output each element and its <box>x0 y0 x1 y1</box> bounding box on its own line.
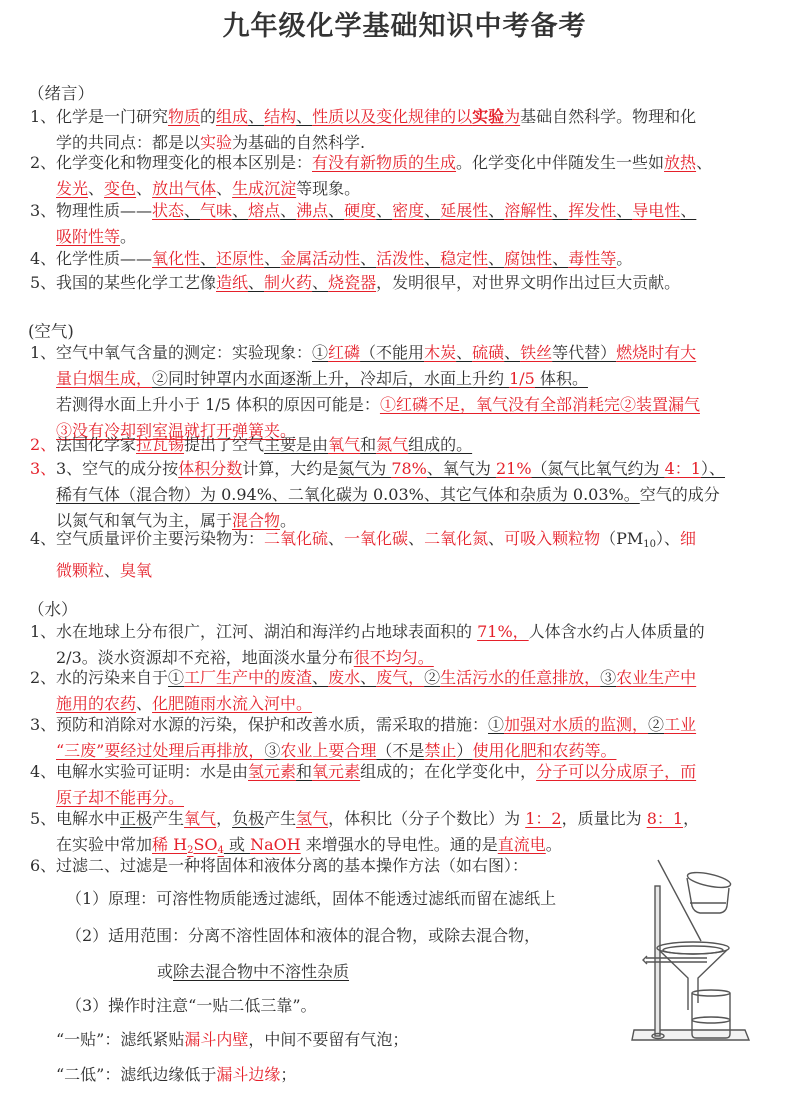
highlight: 生成沉淀 <box>232 179 296 198</box>
highlight: 加强对水质的监测， <box>504 715 648 734</box>
air-item-4: 4、空气质量评价主要污染物为：二氧化硫、一氧化碳、二氧化氮、可吸入颗粒物（PM1… <box>30 526 782 584</box>
intro-item-1: 1、化学是一门研究物质的组成、结构、性质以及变化规律的以实验为基础自然科学。物理… <box>30 104 782 156</box>
text: ） <box>456 741 472 760</box>
item-number: 3、 <box>30 198 56 224</box>
text: 和 <box>296 762 312 781</box>
text: ③ <box>264 741 280 760</box>
text: ② <box>424 668 440 687</box>
highlight: NaOH <box>250 835 301 854</box>
text: ① <box>488 715 504 734</box>
highlight: 氧气 <box>328 435 360 454</box>
separator: 、 <box>616 201 632 220</box>
text: 空气质量评价主要污染物为： <box>56 529 264 548</box>
highlight: 发光 <box>56 179 88 198</box>
highlight: 结构 <box>264 107 296 126</box>
text: 稀有气体（混合物）为 0.94%、二氧化碳为 0.03%、其它气体和杂质为 0.… <box>56 485 640 504</box>
separator: 、 <box>360 249 376 268</box>
highlight: 4：1 <box>665 459 701 478</box>
separator: 、 <box>232 201 248 220</box>
intro-item-2: 2、化学变化和物理变化的根本区别是：有没有新物质的生成。化学变化中伴随发生一些如… <box>30 150 782 202</box>
highlight: 木炭 <box>424 343 456 362</box>
text: 物理性质—— <box>56 201 152 220</box>
highlight: 漏斗内壁 <box>184 1030 248 1049</box>
text: 体积。 <box>535 369 588 388</box>
text: 或 <box>157 962 173 981</box>
separator: 、 <box>264 249 280 268</box>
text: 、 <box>360 668 376 687</box>
highlight: 微颗粒 <box>56 561 104 580</box>
property-term: 气味 <box>200 201 232 220</box>
highlight: 氢元素 <box>248 762 296 781</box>
text: （氮气比氧气约为 <box>532 459 665 478</box>
highlight: 二氧化硫 <box>264 529 328 548</box>
text: 主要是由 <box>264 435 328 454</box>
highlight: 性质以及变化规律的以 <box>312 107 472 126</box>
text: 法国化学家 <box>56 435 136 454</box>
text: 3、空气的成分按 <box>56 459 178 478</box>
highlight: 有没有新物质的生成 <box>312 153 456 172</box>
text: 计算，大约是 <box>242 459 338 478</box>
text: ）、 <box>656 529 680 548</box>
intro-item-4: 4、化学性质——氧化性、还原性、金属活动性、活泼性、稳定性、腐蚀性、毒性等。 <box>30 246 782 272</box>
text: 空气的成分 <box>640 485 720 504</box>
highlight: 烧瓷器 <box>328 273 376 292</box>
text: 电解水实验可证明：水是由 <box>56 762 248 781</box>
highlight: 放出气体 <box>152 179 216 198</box>
text: 、 <box>136 694 152 713</box>
text: ， <box>216 809 232 828</box>
highlight: “三废”要经过处理后再排放， <box>56 741 264 760</box>
highlight: 氢气 <box>296 809 328 828</box>
text: 产生 <box>264 809 296 828</box>
highlight: 71%， <box>477 622 529 641</box>
highlight: 21% <box>496 459 532 478</box>
text: 空气中氧气含量的测定：实验现象： <box>56 343 312 362</box>
highlight: 红磷 <box>328 343 360 362</box>
separator: 、 <box>552 201 568 220</box>
text: 氮气为 <box>338 459 391 478</box>
item-number: 1、 <box>30 104 56 130</box>
text: 。化学变化中伴随发生一些如 <box>456 153 664 172</box>
text: ，中间不要留有气泡； <box>248 1030 408 1049</box>
text: ① <box>168 668 184 687</box>
item-number: 4、 <box>30 759 56 785</box>
filtration-principle: （1）原理：可溶性物质能透过滤纸，固体不能透过滤纸而留在滤纸上 <box>66 886 626 912</box>
text: 、 <box>296 107 312 126</box>
text: ，质量比为 <box>562 809 647 828</box>
intro-item-5: 5、我国的某些化学工艺像造纸、制火药、烧瓷器，发明很早，对世界文明作出过巨大贡献… <box>30 270 782 296</box>
item-number: 4、 <box>30 526 56 552</box>
text: 来增强水的导电性。通的是 <box>301 835 498 854</box>
highlight: 组成 <box>216 107 248 126</box>
text: 提出了空气 <box>184 435 264 454</box>
air-item-3: 3、3、空气的成分按体积分数计算，大约是氮气为 78%、氧气为 21%（氮气比氧… <box>30 456 782 534</box>
item-number: 2、 <box>30 432 56 458</box>
text: 过滤二、过滤是一种将固体和液体分离的基本操作方法（如右图）： <box>56 856 528 875</box>
text: 负极 <box>232 809 264 828</box>
highlight: 工业 <box>664 715 696 734</box>
text: 、 <box>88 179 104 198</box>
highlight: 量白烟生成， <box>56 369 152 388</box>
property-term: 硬度 <box>344 201 376 220</box>
highlight: 硫磺 <box>472 343 504 362</box>
text: 、 <box>488 529 504 548</box>
highlight: 拉瓦锡 <box>136 435 184 454</box>
text: ②同时钟罩内水面逐渐上升，冷却后，水面上升约 <box>152 369 509 388</box>
text: “一贴”：滤纸紧贴 <box>56 1030 184 1049</box>
text: 和 <box>360 435 376 454</box>
property-term: 金属活动性 <box>280 249 360 268</box>
air-item-1: 1、空气中氧气含量的测定：实验现象：①红磷（不能用木炭、硫磺、铁丝等代替）燃烧时… <box>30 340 782 444</box>
subscript: 10 <box>643 539 656 550</box>
text: 、氧气为 <box>427 459 496 478</box>
highlight: 禁止 <box>424 741 456 760</box>
text: ， <box>683 809 699 828</box>
highlight: 废气， <box>376 668 424 687</box>
highlight: 细 <box>680 529 696 548</box>
separator: 、 <box>184 201 200 220</box>
water-item-3: 3、预防和消除对水源的污染，保护和改善水质，需采取的措施：①加强对水质的监测，②… <box>30 712 782 764</box>
item-number: 3、 <box>30 712 56 738</box>
item-number: 5、 <box>30 806 56 832</box>
highlight: 稀 H <box>152 835 187 854</box>
separator: 、 <box>552 249 568 268</box>
text: 或 <box>224 835 250 854</box>
text: （PM <box>600 529 643 548</box>
highlight: 分子可以分成原子，而 <box>536 762 696 781</box>
filtration-apparatus-diagram <box>612 858 772 1068</box>
highlight: 化肥随雨水流入河中。 <box>152 694 312 713</box>
highlight: 8：1 <box>647 809 683 828</box>
item-number: 4、 <box>30 246 56 272</box>
property-term: 活泼性 <box>376 249 424 268</box>
highlight: 使用化肥和农药等。 <box>472 741 616 760</box>
text: ，发明很早，对世界文明作出过巨大贡献。 <box>376 273 680 292</box>
text: ，体积比（分子个数比）为 <box>328 809 525 828</box>
text: 、 <box>248 107 264 126</box>
item-number: 6、 <box>30 853 56 879</box>
highlight: 燃烧时有大 <box>616 343 696 362</box>
text: 、 <box>216 179 232 198</box>
text: 、 <box>456 343 472 362</box>
text: “二低”：滤纸边缘低于 <box>56 1065 216 1084</box>
text: 在实验中常加 <box>56 835 152 854</box>
highlight: ①红磷不足，氧气没有全部消耗完②装置漏气 <box>380 395 700 414</box>
highlight: 臭氧 <box>120 561 152 580</box>
water-item-1: 1、水在地球上分布很广，江河、湖泊和海洋约占地球表面积的 71%，人体含水约占人… <box>30 619 782 671</box>
text: 的 <box>200 107 216 126</box>
text: 若测得水面上升小于 1/5 体积的原因可能是： <box>56 395 380 414</box>
air-item-2: 2、法国化学家拉瓦锡提出了空气主要是由氧气和氮气组成的。 <box>30 432 782 458</box>
text: 、 <box>104 561 120 580</box>
item-number: 2、 <box>30 150 56 176</box>
separator: 、 <box>328 201 344 220</box>
separator: 、 <box>280 201 296 220</box>
highlight: 生活污水的任意排放， <box>440 668 600 687</box>
text: 。 <box>120 227 136 246</box>
filtration-scope: （2）适用范围：分离不溶性固体和液体的混合物，或除去混合物， <box>66 923 626 949</box>
text: 等现象。 <box>296 179 360 198</box>
text: ）、 <box>701 459 725 478</box>
filtration-one-stick: “一贴”：滤纸紧贴漏斗内壁，中间不要留有气泡； <box>56 1027 616 1053</box>
separator: 、 <box>424 201 440 220</box>
highlight: 造纸 <box>216 273 248 292</box>
property-term: 沸点 <box>296 201 328 220</box>
highlight: 变色 <box>104 179 136 198</box>
intro-item-3: 3、物理性质——状态、气味、熔点、沸点、硬度、密度、延展性、溶解性、挥发性、导电… <box>30 198 782 250</box>
text: 电解水中 <box>56 809 120 828</box>
item-number: 2、 <box>30 665 56 691</box>
water-item-4: 4、电解水实验可证明：水是由氢元素和氧元素组成的；在化学变化中，分子可以分成原子… <box>30 759 782 811</box>
section-heading-intro: （绪言） <box>28 80 94 104</box>
text: 、 <box>312 273 328 292</box>
filtration-scope-cont: 或除去混合物中不溶性杂质 <box>157 959 617 985</box>
item-number: 1、 <box>30 619 56 645</box>
highlight: 原子却不能再分。 <box>56 788 184 807</box>
text: 基础自然科学。物理和化 <box>520 107 696 126</box>
text: 、 <box>504 343 520 362</box>
separator: 、 <box>376 201 392 220</box>
property-term: 状态 <box>152 201 184 220</box>
highlight: 农业上要合理 <box>280 741 376 760</box>
text: ① <box>312 343 328 362</box>
text: 。 <box>616 249 632 268</box>
highlight: 吸附性等 <box>56 227 120 246</box>
highlight: 为 <box>504 107 520 126</box>
highlight: 一氧化碳 <box>344 529 408 548</box>
text: 正极 <box>120 809 152 828</box>
highlight: 可吸入颗粒物 <box>504 529 600 548</box>
highlight: 氧气 <box>184 809 216 828</box>
text: 、 <box>408 529 424 548</box>
filtration-notes: （3）操作时注意“一贴二低三靠”。 <box>66 993 626 1019</box>
property-term: 挥发性 <box>568 201 616 220</box>
text: 等代替） <box>552 343 616 362</box>
highlight: 直流电 <box>498 835 546 854</box>
highlight: 1/5 <box>509 369 535 388</box>
text: 产生 <box>152 809 184 828</box>
highlight: 物质 <box>168 107 200 126</box>
section-heading-water: （水） <box>28 596 78 620</box>
property-term: 延展性 <box>440 201 488 220</box>
filtration-two-low: “二低”：滤纸边缘低于漏斗边缘； <box>56 1062 616 1088</box>
text: 组成的。 <box>408 435 472 454</box>
text: 组成的；在化学变化中， <box>360 762 536 781</box>
property-term: 熔点 <box>248 201 280 220</box>
highlight: 氧元素 <box>312 762 360 781</box>
highlight: 78% <box>391 459 427 478</box>
item-number: 1、 <box>30 340 56 366</box>
separator: 、 <box>488 201 504 220</box>
text: ② <box>648 715 664 734</box>
separator: 、 <box>680 201 696 220</box>
item-number: 5、 <box>30 270 56 296</box>
property-term: 导电性 <box>632 201 680 220</box>
property-term: 氧化性 <box>152 249 200 268</box>
text: 、 <box>248 273 264 292</box>
separator: 、 <box>200 249 216 268</box>
text: ③ <box>600 668 616 687</box>
separator: 、 <box>424 249 440 268</box>
text: （不是 <box>376 741 424 760</box>
text: 、 <box>136 179 152 198</box>
highlight: 体积分数 <box>178 459 242 478</box>
property-term: 溶解性 <box>504 201 552 220</box>
physical-properties-list: 状态、气味、熔点、沸点、硬度、密度、延展性、溶解性、挥发性、导电性、 <box>152 201 696 220</box>
text: 、 <box>328 529 344 548</box>
text: 我国的某些化学工艺像 <box>56 273 216 292</box>
text: 化学是一门研究 <box>56 107 168 126</box>
text: 除去混合物中不溶性杂质 <box>173 962 349 981</box>
page-title: 九年级化学基础知识中考备考 <box>0 4 809 43</box>
highlight: SO <box>193 835 217 854</box>
text: 水在地球上分布很广，江河、湖泊和海洋约占地球表面积的 <box>56 622 477 641</box>
highlight: 漏斗边缘 <box>216 1065 280 1084</box>
section-heading-air: (空气) <box>28 318 74 342</box>
text: 预防和消除对水源的污染，保护和改善水质，需采取的措施： <box>56 715 488 734</box>
property-term: 稳定性 <box>440 249 488 268</box>
property-term: 密度 <box>392 201 424 220</box>
chemical-properties-list: 氧化性、还原性、金属活动性、活泼性、稳定性、腐蚀性、毒性等 <box>152 249 616 268</box>
highlight: 制火药 <box>264 273 312 292</box>
highlight: 铁丝 <box>520 343 552 362</box>
text: 人体含水约占人体质量的 <box>529 622 705 641</box>
property-term: 腐蚀性 <box>504 249 552 268</box>
highlight: 二氧化氮 <box>424 529 488 548</box>
text: 化学变化和物理变化的根本区别是： <box>56 153 312 172</box>
property-term: 还原性 <box>216 249 264 268</box>
highlight: 农业生产中 <box>616 668 696 687</box>
text: ； <box>280 1065 296 1084</box>
text: 、 <box>312 668 328 687</box>
property-term: 毒性等 <box>568 249 616 268</box>
text: 、 <box>696 153 712 172</box>
separator: 、 <box>488 249 504 268</box>
text: 化学性质—— <box>56 249 152 268</box>
highlight: 施用的农药 <box>56 694 136 713</box>
water-item-2: 2、水的污染来自于①工厂生产中的废渣、废水、废气，②生活污水的任意排放，③农业生… <box>30 665 782 717</box>
item-number: 3、 <box>30 456 56 482</box>
text: （不能用 <box>360 343 424 362</box>
text: 。 <box>546 835 562 854</box>
highlight: 实验 <box>472 107 504 126</box>
highlight: 放热 <box>664 153 696 172</box>
highlight: 工厂生产中的废渣 <box>184 668 312 687</box>
highlight: 废水 <box>328 668 360 687</box>
highlight: 氮气 <box>376 435 408 454</box>
highlight: 1：2 <box>525 809 561 828</box>
text: 水的污染来自于 <box>56 668 168 687</box>
